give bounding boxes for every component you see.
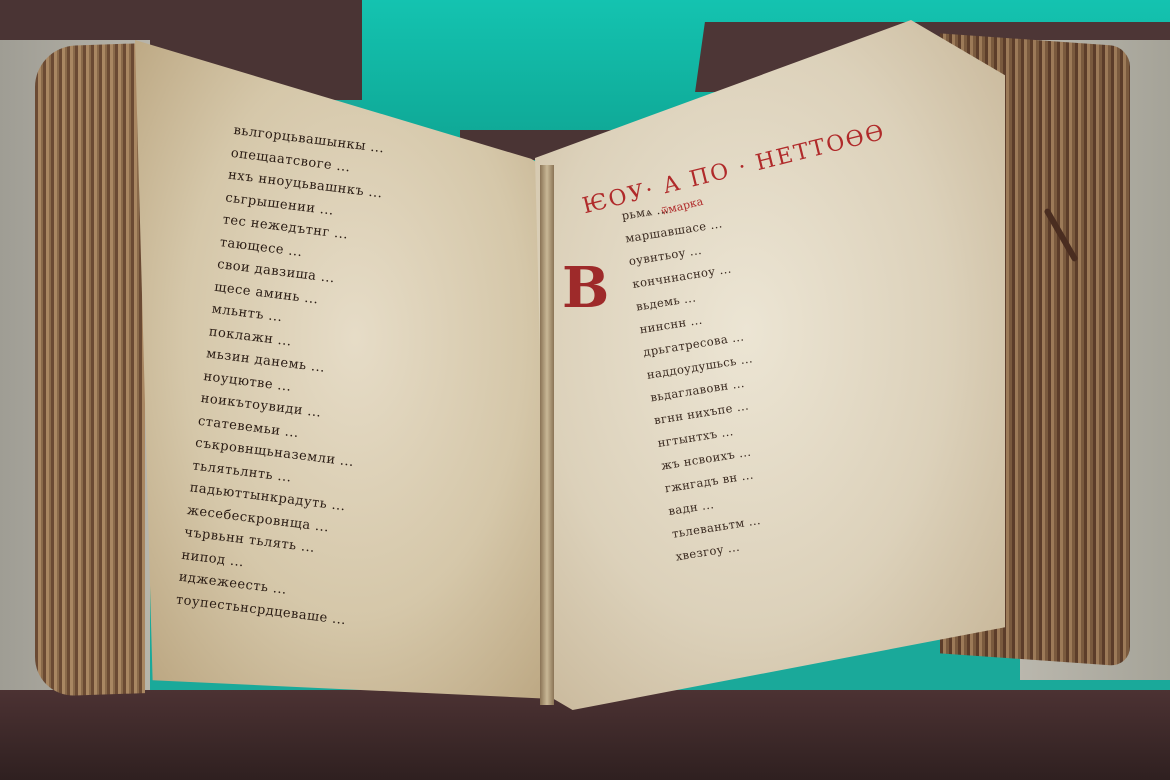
book-gutter [540,165,554,705]
decorated-initial: В [562,255,609,321]
book-page-edges-left [35,43,145,697]
right-page-text: рьмѧ ... маршавшасе ... оувнтьоу ... кон… [620,161,954,568]
left-page-text: вьлгорцьвашынкы ... опещаатсвоге ... нхъ… [175,120,553,650]
